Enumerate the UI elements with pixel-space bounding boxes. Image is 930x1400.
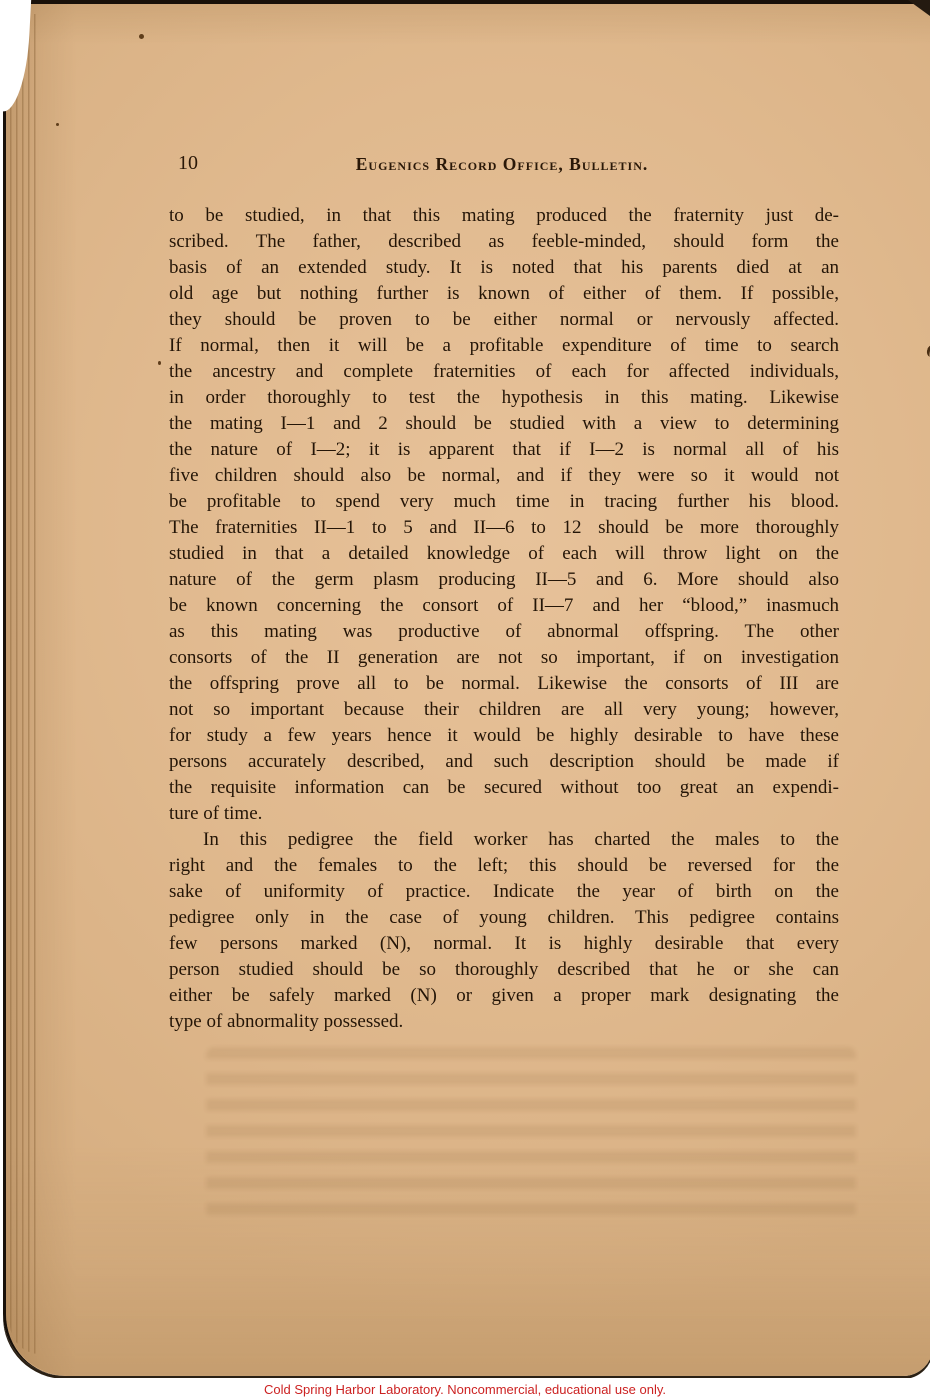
paper-mark	[926, 344, 930, 358]
screenshot-root: 10 Eugenics Record Office, Bulletin. to …	[0, 0, 930, 1400]
text-line: old age but nothing further is known of …	[169, 281, 839, 307]
text-line: either be safely marked (N) or given a p…	[169, 983, 839, 1009]
text-line: as this mating was productive of abnorma…	[169, 619, 839, 645]
scan-corner-shadow	[908, 0, 930, 16]
text-line: studied in that a detailed knowledge of …	[169, 541, 839, 567]
paper-sheet: 10 Eugenics Record Office, Bulletin. to …	[3, 0, 930, 1376]
text-line: five children should also be normal, and…	[169, 463, 839, 489]
text-line: the offspring prove all to be normal. Li…	[169, 671, 839, 697]
text-line: few persons marked (N), normal. It is hi…	[169, 931, 839, 957]
attribution-caption: Cold Spring Harbor Laboratory. Noncommer…	[264, 1382, 666, 1397]
text-line: basis of an extended study. It is noted …	[169, 255, 839, 281]
text-line: the mating I—1 and 2 should be studied w…	[169, 411, 839, 437]
text-line: If normal, then it will be a profitable …	[169, 333, 839, 359]
attribution-strip: Cold Spring Harbor Laboratory. Noncommer…	[0, 1378, 930, 1400]
text-line: the nature of I—2; it is apparent that i…	[169, 437, 839, 463]
bleed-through-text	[206, 1047, 856, 1219]
text-line: be known concerning the consort of II—7 …	[169, 593, 839, 619]
text-line: ture of time.	[169, 801, 839, 827]
text-line: the requisite information can be secured…	[169, 775, 839, 801]
text-line: person studied should be so thoroughly d…	[169, 957, 839, 983]
paragraph: In this pedigree the field worker has ch…	[169, 827, 839, 1035]
text-line: consorts of the II generation are not so…	[169, 645, 839, 671]
book-page-edge-ridges	[10, 14, 40, 1354]
page-header: 10 Eugenics Record Office, Bulletin.	[166, 152, 838, 178]
text-line: nature of the germ plasm producing II—5 …	[169, 567, 839, 593]
text-line: persons accurately described, and such d…	[169, 749, 839, 775]
scanned-book-page: 10 Eugenics Record Office, Bulletin. to …	[0, 0, 930, 1378]
paragraph: to be studied, in that this mating produ…	[169, 203, 839, 827]
text-line: In this pedigree the field worker has ch…	[169, 827, 839, 853]
text-line: type of abnormality possessed.	[169, 1009, 839, 1035]
paper-speck	[139, 34, 144, 39]
text-line: The fraternities II—1 to 5 and II—6 to 1…	[169, 515, 839, 541]
text-line: sake of uniformity of practice. Indicate…	[169, 879, 839, 905]
running-title: Eugenics Record Office, Bulletin.	[166, 154, 838, 175]
text-line: for study a few years hence it would be …	[169, 723, 839, 749]
text-line: be profitable to spend very much time in…	[169, 489, 839, 515]
paper-speck	[56, 123, 59, 126]
text-line: pedigree only in the case of young child…	[169, 905, 839, 931]
text-line: in order thoroughly to test the hypothes…	[169, 385, 839, 411]
text-line: the ancestry and complete fraternities o…	[169, 359, 839, 385]
body-text: to be studied, in that this mating produ…	[169, 203, 839, 1035]
paper-speck	[158, 361, 161, 365]
text-line: to be studied, in that this mating produ…	[169, 203, 839, 229]
text-line: not so important because their children …	[169, 697, 839, 723]
text-line: right and the females to the left; this …	[169, 853, 839, 879]
text-line: scribed. The father, described as feeble…	[169, 229, 839, 255]
text-line: they should be proven to be either norma…	[169, 307, 839, 333]
